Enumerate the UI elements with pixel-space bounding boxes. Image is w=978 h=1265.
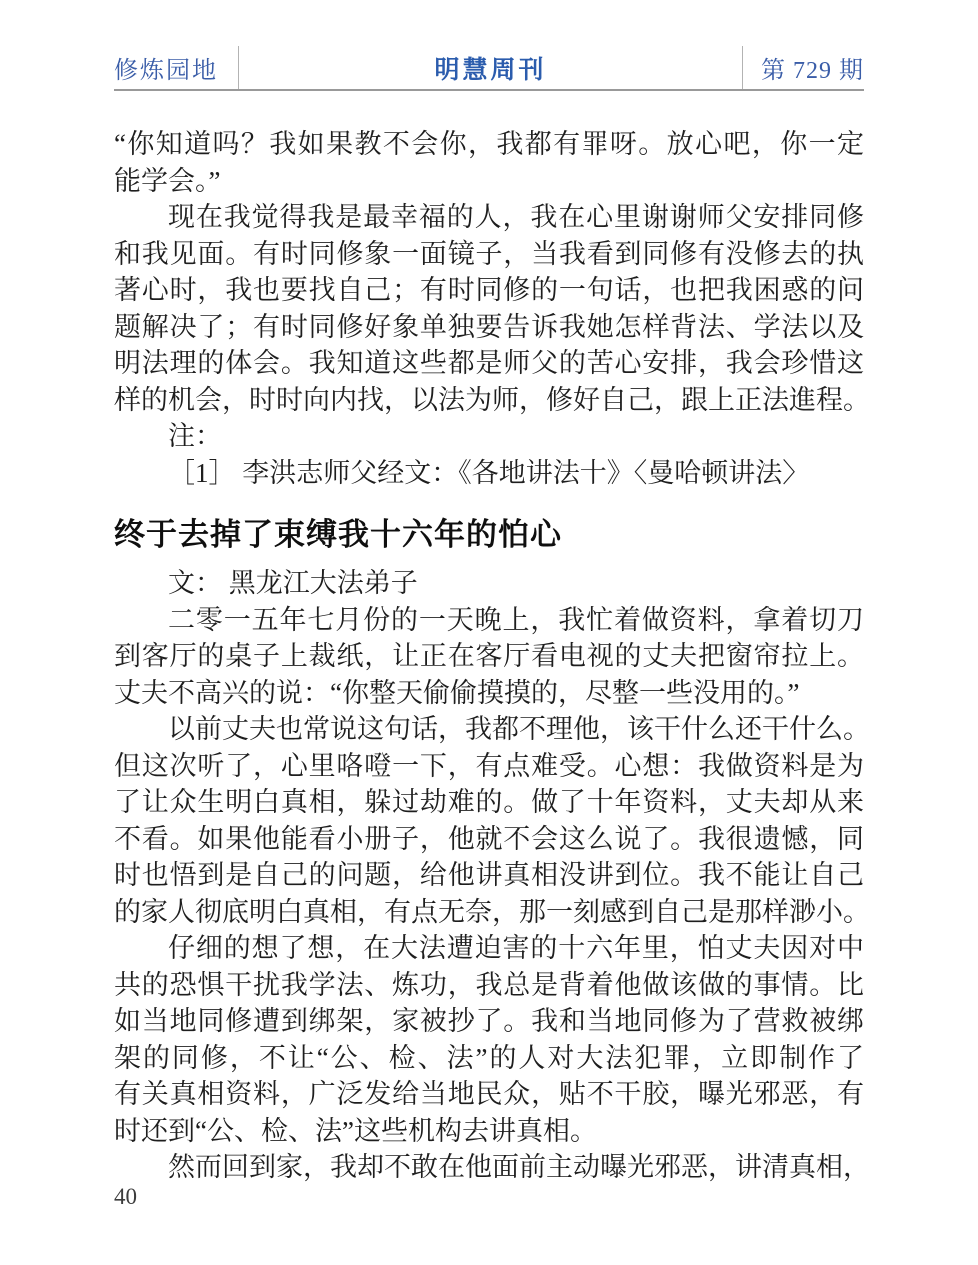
text-line: 现在我觉得我是最幸福的人，我在心里谢谢师父安排同修 (114, 199, 864, 236)
text-line: 明法理的体会。我知道这些都是师父的苦心安排，我会珍惜这 (114, 345, 864, 382)
text-line: 如当地同修遭到绑架，家被抄了。我和当地同修为了营救被绑 (114, 1003, 864, 1040)
text-line: 的家人彻底明白真相，有点无奈，那一刻感到自己是那样渺小。 (114, 894, 864, 931)
article-byline: 文： 黑龙江大法弟子 (114, 565, 864, 602)
issue-number: 第 729 期 (742, 46, 864, 89)
text-line: 但这次听了，心里咯噔一下，有点难受。心想：我做资料是为 (114, 748, 864, 785)
text-line: 著心时，我也要找自己；有时同修的一句话，也把我困惑的问 (114, 272, 864, 309)
text-line: 和我见面。有时同修象一面镜子，当我看到同修有没修去的执 (114, 236, 864, 273)
journal-page: 修炼园地 明慧周刊 第 729 期 “你知道吗？我如果教不会你，我都有罪呀。放心… (0, 0, 978, 1265)
text-line: 了让众生明白真相，躲过劫难的。做了十年资料，丈夫却从来 (114, 784, 864, 821)
text-line: 时也悟到是自己的问题，给他讲真相没讲到位。我不能让自己 (114, 857, 864, 894)
article-heading: 终于去掉了束缚我十六年的怕心 (114, 513, 864, 557)
text-line: 二零一五年七月份的一天晚上，我忙着做资料，拿着切刀 (114, 602, 864, 639)
text-line: 不看。如果他能看小册子，他就不会这么说了。我很遗憾，同 (114, 821, 864, 858)
journal-title: 明慧周刊 (239, 46, 742, 89)
text-line: 有关真相资料，广泛发给当地民众，贴不干胶，曝光邪恶，有 (114, 1076, 864, 1113)
page-content: “你知道吗？我如果教不会你，我都有罪呀。放心吧，你一定 能学会。” 现在我觉得我… (114, 126, 864, 1186)
section-label: 修炼园地 (114, 46, 239, 89)
text-line: “你知道吗？我如果教不会你，我都有罪呀。放心吧，你一定 (114, 126, 864, 163)
note-label: 注： (114, 418, 864, 455)
page-number: 40 (114, 1184, 137, 1210)
text-line: 能学会。” (114, 163, 864, 200)
text-line: 到客厅的桌子上裁纸，让正在客厅看电视的丈夫把窗帘拉上。 (114, 638, 864, 675)
text-line: 以前丈夫也常说这句话，我都不理他，该干什么还干什么。 (114, 711, 864, 748)
text-line: 时还到“公、检、法”这些机构去讲真相。 (114, 1113, 864, 1150)
text-line: 然而回到家，我却不敢在他面前主动曝光邪恶，讲清真相， (114, 1149, 864, 1186)
text-line: 丈夫不高兴的说：“你整天偷偷摸摸的，尽整一些没用的。” (114, 675, 864, 712)
footnote: ［1］ 李洪志师父经文：《各地讲法十》〈曼哈顿讲法〉 (114, 455, 864, 492)
text-line: 题解决了；有时同修好象单独要告诉我她怎样背法、学法以及 (114, 309, 864, 346)
text-line: 共的恐惧干扰我学法、炼功，我总是背着他做该做的事情。比 (114, 967, 864, 1004)
text-line: 仔细的想了想，在大法遭迫害的十六年里，怕丈夫因对中 (114, 930, 864, 967)
text-line: 样的机会，时时向内找，以法为师，修好自己，跟上正法進程。 (114, 382, 864, 419)
text-line: 架的同修，不让“公、检、法”的人对大法犯罪，立即制作了 (114, 1040, 864, 1077)
page-header: 修炼园地 明慧周刊 第 729 期 (114, 46, 864, 91)
